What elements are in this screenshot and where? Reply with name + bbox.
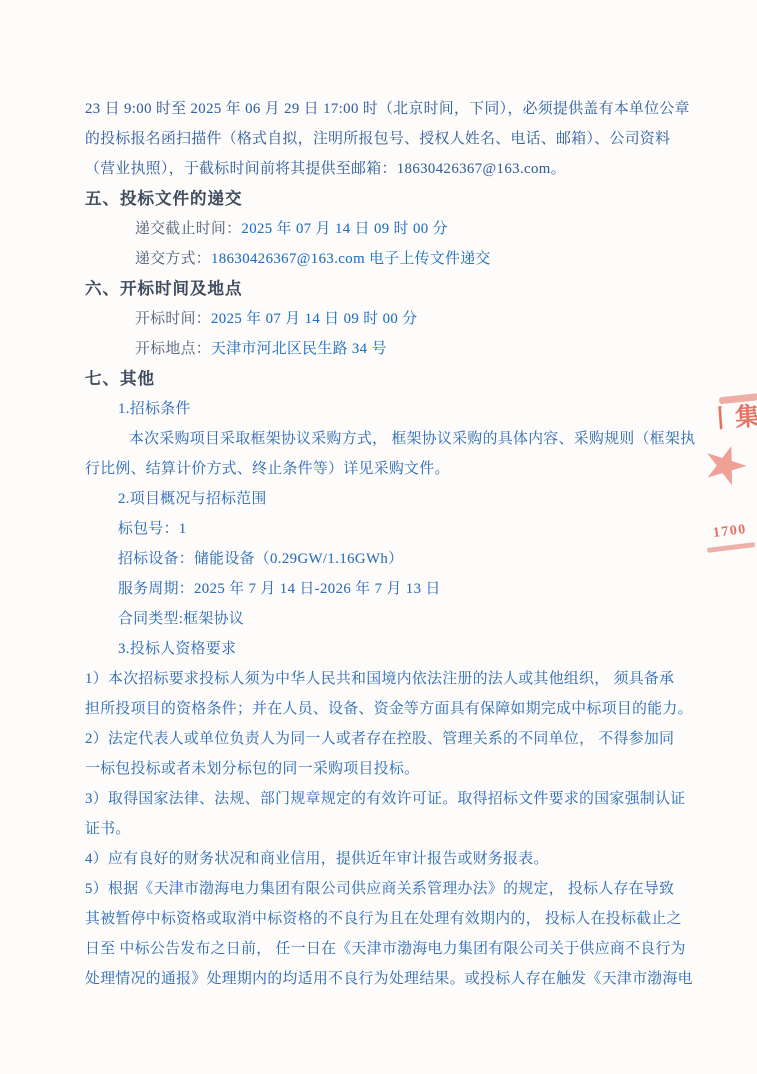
seal-character-fragment: 丨集 <box>707 396 757 436</box>
submission-method-label: 递交方式： <box>135 251 211 267</box>
qualification-line-6: 证书。 <box>85 814 677 844</box>
qualification-line-9: 其被暂停中标资格或取消中标资格的不良行为且在处理有效期内的， 投标人在投标截止之 <box>85 904 677 934</box>
submission-deadline-label: 递交截止时间： <box>135 221 241 237</box>
opening-place-value: 天津市河北区民生路 34 号 <box>211 341 387 357</box>
seal-underline-smudge <box>707 542 755 553</box>
qualification-line-4: 一标包投标或者未划分标包的同一采购项目投标。 <box>85 754 677 784</box>
qualification-line-5: 3）取得国家法律、法规、部门规章规定的有效许可证。取得招标文件要求的国家强制认证 <box>85 784 677 814</box>
opening-time-row: 开标时间：2025 年 07 月 14 日 09 时 00 分 <box>135 304 677 334</box>
submission-deadline-value: 2025 年 07 月 14 日 09 时 00 分 <box>241 221 447 237</box>
submission-deadline-row: 递交截止时间：2025 年 07 月 14 日 09 时 00 分 <box>135 214 677 244</box>
opening-place-label: 开标地点： <box>135 341 211 357</box>
seal-star-icon: ★ <box>694 433 756 497</box>
intro-line-3: （营业执照），于截标时间前将其提供至邮箱：18630426367@163.com… <box>85 154 677 184</box>
intro-line-2: 的投标报名函扫描件（格式自拟，注明所报包号、授权人姓名、电话、邮箱）、公司资料 <box>85 124 677 154</box>
intro-line-1: 23 日 9:00 时至 2025 年 06 月 29 日 17:00 时（北京… <box>85 94 677 124</box>
other-item3-title: 3.投标人资格要求 <box>118 634 677 664</box>
submission-method-row: 递交方式：18630426367@163.com 电子上传文件递交 <box>135 244 677 274</box>
package-number-line: 标包号：1 <box>118 514 677 544</box>
qualification-line-1: 1）本次招标要求投标人须为中华人民共和国境内依法注册的法人或其他组织， 须具备承 <box>85 664 677 694</box>
document-text-column: 23 日 9:00 时至 2025 年 06 月 29 日 17:00 时（北京… <box>85 94 677 994</box>
seal-number: 1700 <box>712 522 748 542</box>
scanned-tender-document-page: 23 日 9:00 时至 2025 年 06 月 29 日 17:00 时（北京… <box>0 0 757 1074</box>
opening-time-value: 2025 年 07 月 14 日 09 时 00 分 <box>211 311 417 327</box>
section-heading-submission: 五、投标文件的递交 <box>85 184 677 214</box>
submission-method-value: 18630426367@163.com 电子上传文件递交 <box>211 251 491 267</box>
qualification-line-11: 处理情况的通报》处理期内的均适用不良行为处理结果。或投标人存在触发《天津市渤海电 <box>85 964 677 994</box>
qualification-line-2: 担所投项目的资格条件；并在人员、设备、资金等方面具有保障如期完成中标项目的能力。 <box>85 694 677 724</box>
qualification-line-3: 2）法定代表人或单位负责人为同一人或者存在控股、管理关系的不同单位， 不得参加同 <box>85 724 677 754</box>
opening-time-label: 开标时间： <box>135 311 211 327</box>
other-item1-line-2: 行比例、结算计价方式、终止条件等）详见采购文件。 <box>85 454 677 484</box>
service-period-line: 服务周期：2025 年 7 月 14 日-2026 年 7 月 13 日 <box>118 574 677 604</box>
other-item1-title: 1.招标条件 <box>118 394 677 424</box>
opening-place-row: 开标地点：天津市河北区民生路 34 号 <box>135 334 677 364</box>
qualification-line-8: 5）根据《天津市渤海电力集团有限公司供应商关系管理办法》的规定， 投标人存在导致 <box>85 874 677 904</box>
tender-equipment-line: 招标设备：储能设备（0.29GW/1.16GWh） <box>118 544 677 574</box>
section-heading-other: 七、其他 <box>85 364 677 394</box>
section-heading-opening: 六、开标时间及地点 <box>85 274 677 304</box>
other-item2-title: 2.项目概况与招标范围 <box>118 484 677 514</box>
other-item1-line-1: 本次采购项目采取框架协议采购方式， 框架协议采购的具体内容、采购规则（框架执 <box>129 424 677 454</box>
qualification-line-7: 4）应有良好的财务状况和商业信用，提供近年审计报告或财务报表。 <box>85 844 677 874</box>
seal-arc-smudge <box>719 393 757 405</box>
contract-type-line: 合同类型:框架协议 <box>118 604 677 634</box>
qualification-line-10: 日至 中标公告发布之日前， 任一日在《天津市渤海电力集团有限公司关于供应商不良行… <box>85 934 677 964</box>
